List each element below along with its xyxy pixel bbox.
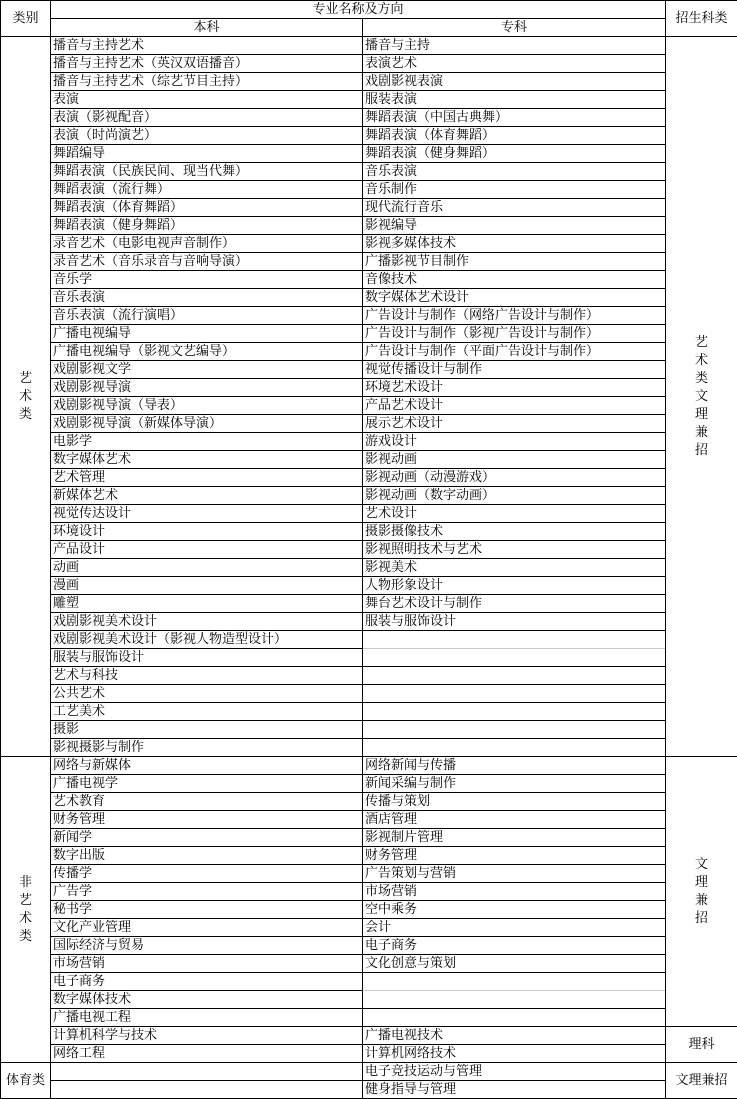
bachelor-major: 网络工程 xyxy=(51,1045,363,1063)
associate-major: 财务管理 xyxy=(363,847,666,865)
table-row: 数字媒体艺术影视动画 xyxy=(1,451,737,469)
table-row: 产品设计影视照明技术与艺术 xyxy=(1,541,737,559)
bachelor-major: 财务管理 xyxy=(51,811,363,829)
table-row: 秘书学空中乘务 xyxy=(1,901,737,919)
associate-major xyxy=(363,991,666,1009)
table-row: 电子商务 xyxy=(1,973,737,991)
subject-type-label: 艺术类文理兼招 xyxy=(695,334,709,460)
table-row: 新媒体艺术影视动画（数字动画） xyxy=(1,487,737,505)
header-associate: 专科 xyxy=(363,19,666,37)
associate-major: 人物形象设计 xyxy=(363,577,666,595)
associate-major: 艺术设计 xyxy=(363,505,666,523)
associate-major xyxy=(363,973,666,991)
bachelor-major: 新闻学 xyxy=(51,829,363,847)
table-body: 艺术类播音与主持艺术播音与主持艺术类文理兼招播音与主持艺术（英汉双语播音）表演艺… xyxy=(1,37,737,1099)
bachelor-major: 播音与主持艺术（综艺节目主持） xyxy=(51,73,363,91)
associate-major: 数字媒体艺术设计 xyxy=(363,289,666,307)
associate-major: 舞台艺术设计与制作 xyxy=(363,595,666,613)
associate-major: 服装表演 xyxy=(363,91,666,109)
bachelor-major: 音乐学 xyxy=(51,271,363,289)
table-row: 播音与主持艺术（综艺节目主持）戏剧影视表演 xyxy=(1,73,737,91)
subject-type-label: 理科 xyxy=(689,1037,715,1052)
associate-major: 音乐制作 xyxy=(363,181,666,199)
associate-major: 播音与主持 xyxy=(363,37,666,55)
bachelor-major: 秘书学 xyxy=(51,901,363,919)
bachelor-major: 播音与主持艺术（英汉双语播音） xyxy=(51,55,363,73)
associate-major: 广告策划与营销 xyxy=(363,865,666,883)
bachelor-major: 舞蹈表演（民族民间、现当代舞） xyxy=(51,163,363,181)
bachelor-major: 漫画 xyxy=(51,577,363,595)
subject-type-cell: 理科 xyxy=(666,1027,737,1063)
bachelor-major: 戏剧影视导演（新媒体导演） xyxy=(51,415,363,433)
bachelor-major: 戏剧影视文学 xyxy=(51,361,363,379)
associate-major xyxy=(363,739,666,757)
associate-major: 现代流行音乐 xyxy=(363,199,666,217)
table-row: 网络工程计算机网络技术 xyxy=(1,1045,737,1063)
table-row: 广播电视工程 xyxy=(1,1009,737,1027)
bachelor-major: 舞蹈编导 xyxy=(51,145,363,163)
bachelor-major: 环境设计 xyxy=(51,523,363,541)
bachelor-major: 传播学 xyxy=(51,865,363,883)
table-row: 传播学广告策划与营销 xyxy=(1,865,737,883)
bachelor-major: 产品设计 xyxy=(51,541,363,559)
table-row: 录音艺术（电影电视声音制作）影视多媒体技术 xyxy=(1,235,737,253)
associate-major: 摄影摄像技术 xyxy=(363,523,666,541)
table-row: 公共艺术 xyxy=(1,685,737,703)
associate-major: 传播与策划 xyxy=(363,793,666,811)
associate-major: 表演艺术 xyxy=(363,55,666,73)
bachelor-major: 艺术教育 xyxy=(51,793,363,811)
table-row: 影视摄影与制作 xyxy=(1,739,737,757)
associate-major: 影视编导 xyxy=(363,217,666,235)
bachelor-major: 新媒体艺术 xyxy=(51,487,363,505)
header-major-group: 专业名称及方向 xyxy=(51,1,666,19)
bachelor-major: 数字媒体艺术 xyxy=(51,451,363,469)
bachelor-major: 广播电视工程 xyxy=(51,1009,363,1027)
associate-major: 市场营销 xyxy=(363,883,666,901)
associate-major: 影视美术 xyxy=(363,559,666,577)
table-row: 动画影视美术 xyxy=(1,559,737,577)
category-cell: 艺术类 xyxy=(1,37,51,757)
table-row: 广告学市场营销 xyxy=(1,883,737,901)
table-row: 广播电视编导（影视文艺编导）广告设计与制作（平面广告设计与制作） xyxy=(1,343,737,361)
table-row: 表演（时尚演艺）舞蹈表演（体育舞蹈） xyxy=(1,127,737,145)
associate-major: 健身指导与管理 xyxy=(363,1081,666,1099)
bachelor-major: 录音艺术（电影电视声音制作） xyxy=(51,235,363,253)
table-row: 服装与服饰设计 xyxy=(1,649,737,667)
associate-major: 广播影视节目制作 xyxy=(363,253,666,271)
bachelor-major: 影视摄影与制作 xyxy=(51,739,363,757)
table-row: 舞蹈表演（民族民间、现当代舞）音乐表演 xyxy=(1,163,737,181)
associate-major: 舞蹈表演（健身舞蹈） xyxy=(363,145,666,163)
table-row: 艺术类播音与主持艺术播音与主持艺术类文理兼招 xyxy=(1,37,737,55)
associate-major xyxy=(363,703,666,721)
subject-type-cell: 文理兼招 xyxy=(666,757,737,1027)
bachelor-major xyxy=(51,1063,363,1081)
associate-major xyxy=(363,667,666,685)
bachelor-major: 计算机科学与技术 xyxy=(51,1027,363,1045)
associate-major: 计算机网络技术 xyxy=(363,1045,666,1063)
associate-major: 产品艺术设计 xyxy=(363,397,666,415)
table-row: 市场营销文化创意与策划 xyxy=(1,955,737,973)
associate-major: 影视动画（动漫游戏） xyxy=(363,469,666,487)
bachelor-major: 播音与主持艺术 xyxy=(51,37,363,55)
table-row: 音乐表演数字媒体艺术设计 xyxy=(1,289,737,307)
associate-major: 广告设计与制作（影视广告设计与制作） xyxy=(363,325,666,343)
table-row: 新闻学影视制片管理 xyxy=(1,829,737,847)
associate-major: 电子商务 xyxy=(363,937,666,955)
table-row: 摄影 xyxy=(1,721,737,739)
table-row: 漫画人物形象设计 xyxy=(1,577,737,595)
table-row: 计算机科学与技术广播电视技术理科 xyxy=(1,1027,737,1045)
subject-type-label: 文理兼招 xyxy=(695,856,709,928)
table-row: 财务管理酒店管理 xyxy=(1,811,737,829)
table-row: 舞蹈表演（健身舞蹈）影视编导 xyxy=(1,217,737,235)
table-row: 表演（影视配音）舞蹈表演（中国古典舞） xyxy=(1,109,737,127)
bachelor-major: 音乐表演 xyxy=(51,289,363,307)
associate-major xyxy=(363,1009,666,1027)
associate-major: 视觉传播设计与制作 xyxy=(363,361,666,379)
bachelor-major: 电影学 xyxy=(51,433,363,451)
associate-major: 影视动画 xyxy=(363,451,666,469)
bachelor-major: 数字媒体技术 xyxy=(51,991,363,1009)
category-cell: 非艺术类 xyxy=(1,757,51,1063)
bachelor-major: 文化产业管理 xyxy=(51,919,363,937)
table-row: 电影学游戏设计 xyxy=(1,433,737,451)
bachelor-major: 艺术管理 xyxy=(51,469,363,487)
table-row: 广播电视学新闻采编与制作 xyxy=(1,775,737,793)
associate-major: 游戏设计 xyxy=(363,433,666,451)
bachelor-major: 广播电视编导（影视文艺编导） xyxy=(51,343,363,361)
bachelor-major: 动画 xyxy=(51,559,363,577)
associate-major: 会计 xyxy=(363,919,666,937)
bachelor-major: 表演（时尚演艺） xyxy=(51,127,363,145)
header-bachelor: 本科 xyxy=(51,19,363,37)
table-row: 戏剧影视导演（新媒体导演）展示艺术设计 xyxy=(1,415,737,433)
bachelor-major: 表演 xyxy=(51,91,363,109)
bachelor-major: 视觉传达设计 xyxy=(51,505,363,523)
associate-major: 舞蹈表演（体育舞蹈） xyxy=(363,127,666,145)
table-row: 广播电视编导广告设计与制作（影视广告设计与制作） xyxy=(1,325,737,343)
table-row: 艺术与科技 xyxy=(1,667,737,685)
table-row: 体育类电子竞技运动与管理文理兼招 xyxy=(1,1063,737,1081)
bachelor-major: 艺术与科技 xyxy=(51,667,363,685)
bachelor-major: 表演（影视配音） xyxy=(51,109,363,127)
associate-major: 环境艺术设计 xyxy=(363,379,666,397)
associate-major: 展示艺术设计 xyxy=(363,415,666,433)
table-row: 文化产业管理会计 xyxy=(1,919,737,937)
category-label: 艺术类 xyxy=(19,370,33,424)
table-row: 戏剧影视美术设计（影视人物造型设计） xyxy=(1,631,737,649)
associate-major: 音乐表演 xyxy=(363,163,666,181)
bachelor-major: 戏剧影视美术设计（影视人物造型设计） xyxy=(51,631,363,649)
associate-major xyxy=(363,649,666,667)
table-row: 雕塑舞台艺术设计与制作 xyxy=(1,595,737,613)
associate-major xyxy=(363,685,666,703)
associate-major: 文化创意与策划 xyxy=(363,955,666,973)
bachelor-major: 服装与服饰设计 xyxy=(51,649,363,667)
table-row: 非艺术类网络与新媒体网络新闻与传播文理兼招 xyxy=(1,757,737,775)
table-row: 数字出版财务管理 xyxy=(1,847,737,865)
associate-major: 戏剧影视表演 xyxy=(363,73,666,91)
table-row: 舞蹈编导舞蹈表演（健身舞蹈） xyxy=(1,145,737,163)
table-row: 视觉传达设计艺术设计 xyxy=(1,505,737,523)
table-row: 戏剧影视美术设计服装与服饰设计 xyxy=(1,613,737,631)
associate-major: 广告设计与制作（平面广告设计与制作） xyxy=(363,343,666,361)
table-row: 艺术教育传播与策划 xyxy=(1,793,737,811)
associate-major: 酒店管理 xyxy=(363,811,666,829)
associate-major: 舞蹈表演（中国古典舞） xyxy=(363,109,666,127)
table-row: 表演服装表演 xyxy=(1,91,737,109)
table-row: 舞蹈表演（体育舞蹈）现代流行音乐 xyxy=(1,199,737,217)
bachelor-major: 音乐表演（流行演唱） xyxy=(51,307,363,325)
table-row: 工艺美术 xyxy=(1,703,737,721)
associate-major xyxy=(363,721,666,739)
bachelor-major: 国际经济与贸易 xyxy=(51,937,363,955)
header-category: 类别 xyxy=(1,1,51,37)
table-row: 健身指导与管理 xyxy=(1,1081,737,1099)
bachelor-major: 广告学 xyxy=(51,883,363,901)
category-label: 体育类 xyxy=(6,1073,45,1088)
table-row: 录音艺术（音乐录音与音响导演）广播影视节目制作 xyxy=(1,253,737,271)
subject-type-cell: 艺术类文理兼招 xyxy=(666,37,737,757)
associate-major: 广播电视技术 xyxy=(363,1027,666,1045)
associate-major: 服装与服饰设计 xyxy=(363,613,666,631)
associate-major xyxy=(363,631,666,649)
table-row: 播音与主持艺术（英汉双语播音）表演艺术 xyxy=(1,55,737,73)
associate-major: 影视制片管理 xyxy=(363,829,666,847)
bachelor-major: 舞蹈表演（体育舞蹈） xyxy=(51,199,363,217)
associate-major: 音像技术 xyxy=(363,271,666,289)
bachelor-major: 戏剧影视导演（导表） xyxy=(51,397,363,415)
table-row: 音乐学音像技术 xyxy=(1,271,737,289)
associate-major: 广告设计与制作（网络广告设计与制作） xyxy=(363,307,666,325)
bachelor-major: 电子商务 xyxy=(51,973,363,991)
table-row: 舞蹈表演（流行舞）音乐制作 xyxy=(1,181,737,199)
bachelor-major: 戏剧影视美术设计 xyxy=(51,613,363,631)
associate-major: 网络新闻与传播 xyxy=(363,757,666,775)
table-row: 戏剧影视文学视觉传播设计与制作 xyxy=(1,361,737,379)
subject-type-cell: 文理兼招 xyxy=(666,1063,737,1099)
table-row: 音乐表演（流行演唱）广告设计与制作（网络广告设计与制作） xyxy=(1,307,737,325)
bachelor-major: 舞蹈表演（流行舞） xyxy=(51,181,363,199)
associate-major: 电子竞技运动与管理 xyxy=(363,1063,666,1081)
associate-major: 新闻采编与制作 xyxy=(363,775,666,793)
associate-major: 影视多媒体技术 xyxy=(363,235,666,253)
table-row: 艺术管理影视动画（动漫游戏） xyxy=(1,469,737,487)
header-subject-type: 招生科类 xyxy=(666,1,737,37)
category-label: 非艺术类 xyxy=(19,874,33,946)
subject-type-label: 文理兼招 xyxy=(676,1073,728,1088)
associate-major: 影视照明技术与艺术 xyxy=(363,541,666,559)
table-row: 数字媒体技术 xyxy=(1,991,737,1009)
bachelor-major: 广播电视编导 xyxy=(51,325,363,343)
bachelor-major: 广播电视学 xyxy=(51,775,363,793)
table-row: 戏剧影视导演环境艺术设计 xyxy=(1,379,737,397)
category-cell: 体育类 xyxy=(1,1063,51,1099)
bachelor-major: 网络与新媒体 xyxy=(51,757,363,775)
bachelor-major: 市场营销 xyxy=(51,955,363,973)
associate-major: 空中乘务 xyxy=(363,901,666,919)
bachelor-major xyxy=(51,1081,363,1099)
bachelor-major: 公共艺术 xyxy=(51,685,363,703)
table-row: 国际经济与贸易电子商务 xyxy=(1,937,737,955)
bachelor-major: 戏剧影视导演 xyxy=(51,379,363,397)
table-row: 戏剧影视导演（导表）产品艺术设计 xyxy=(1,397,737,415)
bachelor-major: 雕塑 xyxy=(51,595,363,613)
bachelor-major: 录音艺术（音乐录音与音响导演） xyxy=(51,253,363,271)
majors-table: 类别 专业名称及方向 招生科类 本科 专科 艺术类播音与主持艺术播音与主持艺术类… xyxy=(0,0,737,1099)
table-row: 环境设计摄影摄像技术 xyxy=(1,523,737,541)
associate-major: 影视动画（数字动画） xyxy=(363,487,666,505)
bachelor-major: 工艺美术 xyxy=(51,703,363,721)
bachelor-major: 摄影 xyxy=(51,721,363,739)
bachelor-major: 数字出版 xyxy=(51,847,363,865)
bachelor-major: 舞蹈表演（健身舞蹈） xyxy=(51,217,363,235)
